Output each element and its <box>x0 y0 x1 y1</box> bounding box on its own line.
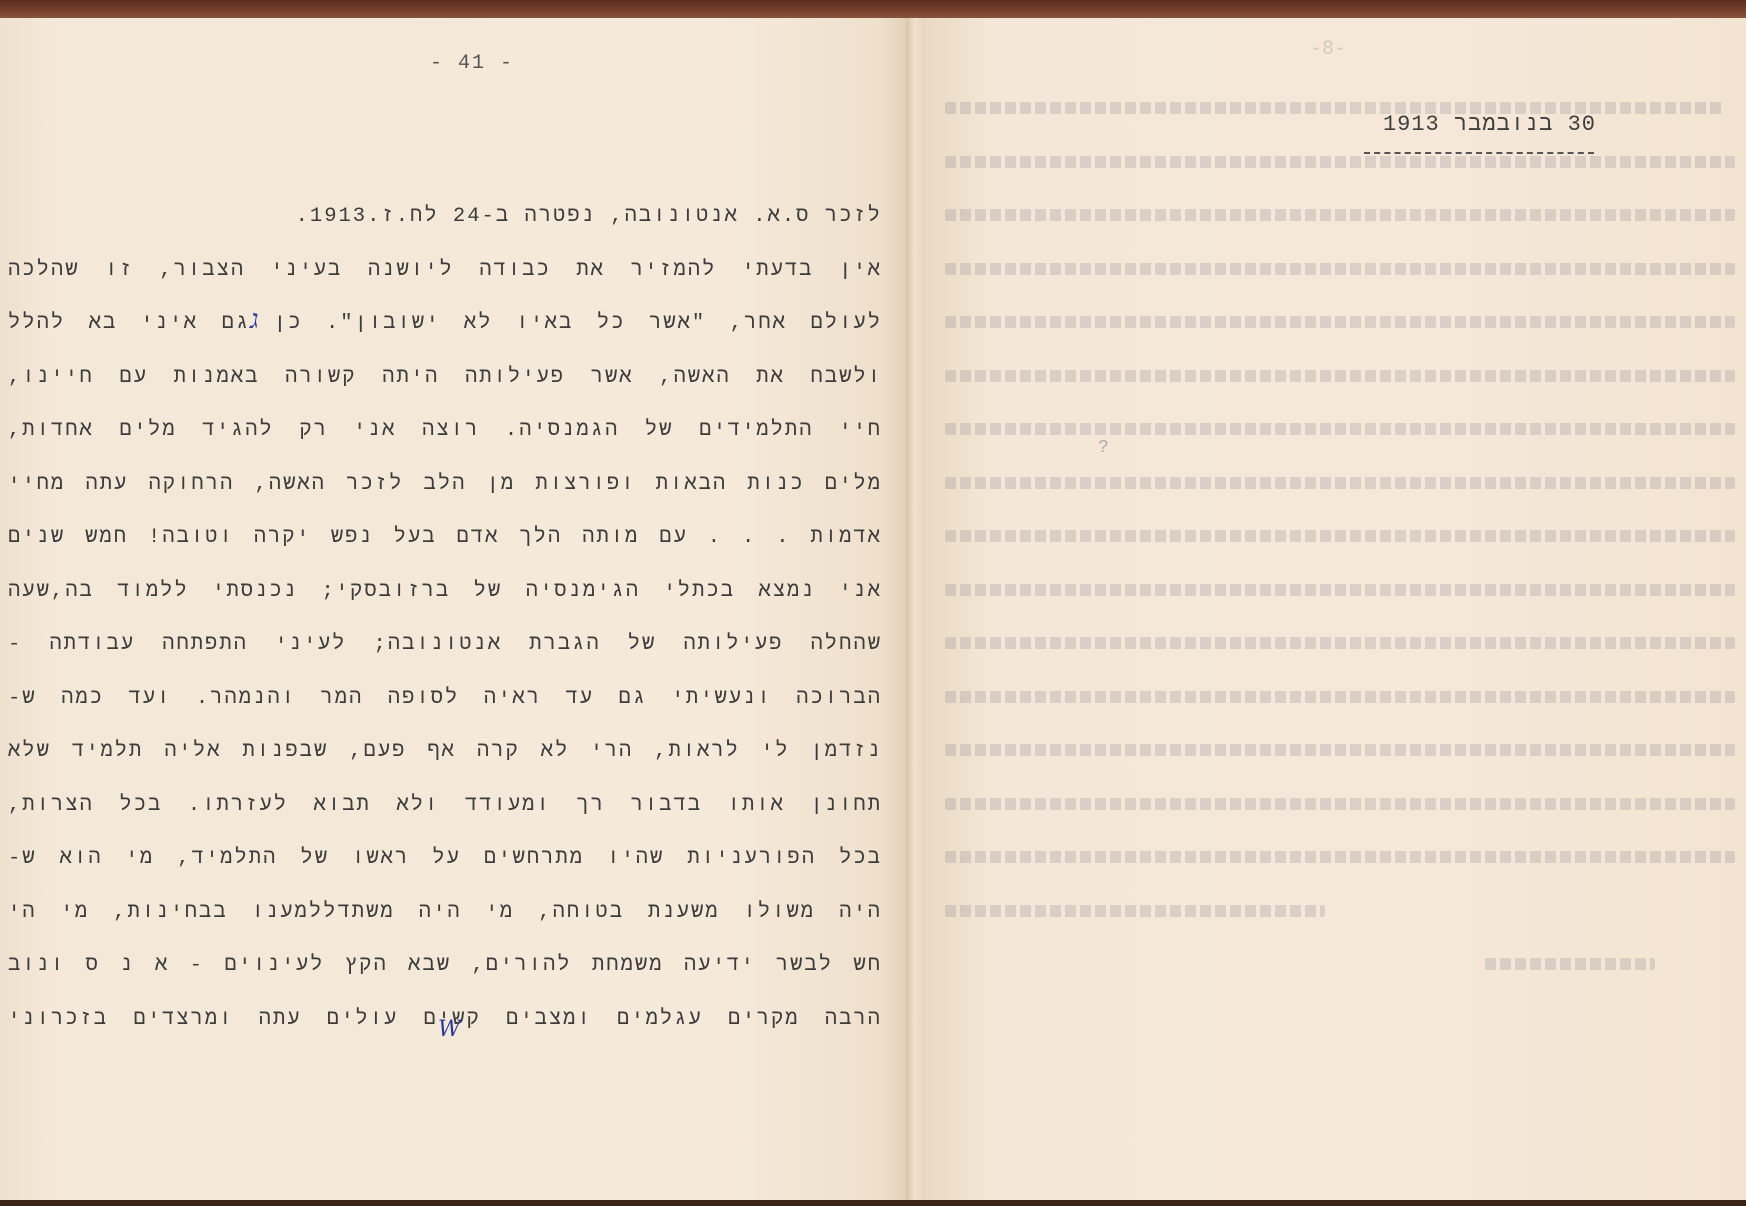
bleed-through-text <box>940 80 1740 990</box>
ghost-line <box>940 80 1740 134</box>
ghost-line <box>940 241 1740 295</box>
text-line: לעולם אחר, "אשר כל באיו לא ישובון". כן ג… <box>8 297 882 351</box>
text-line: תחונן אותו בדבור רך ומעודד ולא תבוא לעזר… <box>8 779 882 833</box>
text-line: מלים כנות הבאות ופורצות מן הלב לזכר האשה… <box>8 458 882 512</box>
page-number: - 41 - <box>430 52 514 75</box>
ghost-line <box>940 883 1740 937</box>
memorial-text: לזכר ס.א. אנטונובה, נפטרה ב-24 לח.ז.1913… <box>8 190 882 1046</box>
ghost-line <box>940 187 1740 241</box>
ghost-line <box>940 669 1740 723</box>
text-line: אני נמצא בכתלי הגימנסיה של ברזובסקי; נכנ… <box>8 565 882 619</box>
ghost-page-number: -8- <box>1310 38 1346 61</box>
text-line: היה משולו משענת בטוחה, מי היה משתדללמענו… <box>8 886 882 940</box>
ghost-line <box>940 829 1740 883</box>
ghost-line <box>940 134 1740 188</box>
ghost-question-mark: ? <box>1098 438 1109 458</box>
handwritten-correction-mark: ג <box>250 305 259 335</box>
ghost-line <box>940 348 1740 402</box>
text-line: נזדמן לי לראות, הרי לא קרה אף פעם, שבפנו… <box>8 725 882 779</box>
text-line: חש לבשר ידיעה משמחת להורים, שבא הקץ לעינ… <box>8 939 882 993</box>
text-line: אין בדעתי להמזיר את כבודה ליושנה בעיני ה… <box>8 244 882 298</box>
ghost-line <box>940 776 1740 830</box>
dedication-line: לזכר ס.א. אנטונובה, נפטרה ב-24 לח.ז.1913… <box>8 190 882 244</box>
text-line: אדמות . . . עם מותה הלך אדם בעל נפש יקרה… <box>8 511 882 565</box>
book-gutter <box>906 18 928 1200</box>
book-top-edge <box>0 0 1746 20</box>
text-line: שהחלה פעילותה של הגברת אנטונובה; לעיני ה… <box>8 618 882 672</box>
book-bottom-edge <box>0 1200 1746 1206</box>
text-line: ולשבח את האשה, אשר פעילותה היתה קשורה בא… <box>8 351 882 405</box>
ghost-line <box>940 722 1740 776</box>
ghost-line <box>940 294 1740 348</box>
ghost-line <box>940 615 1740 669</box>
text-line: הברוכה ונעשיתי גם עד ראיה לסופה המר והנמ… <box>8 672 882 726</box>
handwritten-correction-mark: W <box>438 1017 461 1042</box>
ghost-line <box>940 401 1740 455</box>
ghost-line <box>940 455 1740 509</box>
ghost-line <box>940 562 1740 616</box>
ghost-line <box>940 508 1740 562</box>
ghost-line <box>940 936 1740 990</box>
text-line: חיי התלמידים של הגמנסיה. רוצה אני רק להג… <box>8 404 882 458</box>
text-line: בכל הפורעניות שהיו מתרחשים על ראשו של הת… <box>8 832 882 886</box>
